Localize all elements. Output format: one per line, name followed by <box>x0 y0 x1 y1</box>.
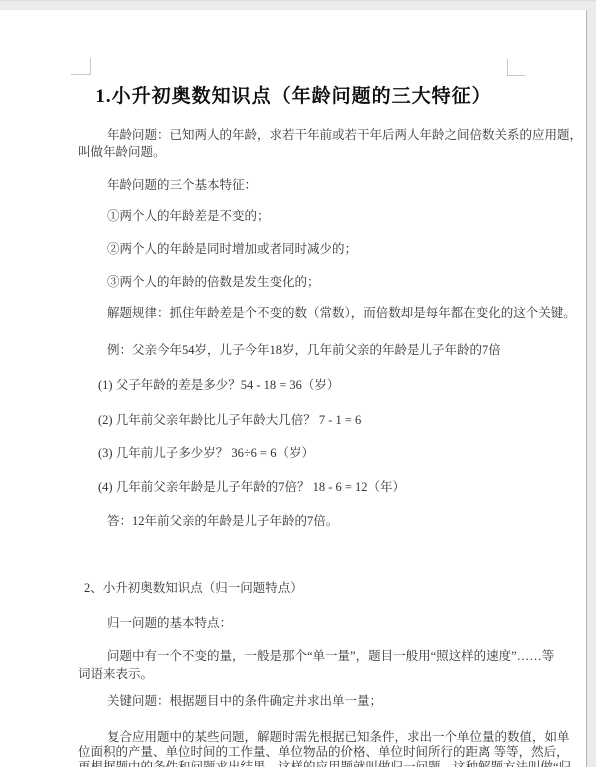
text-boundary-mark-top-left <box>71 58 91 75</box>
paragraph-example: 例：父亲今年54岁，儿子今年18岁，几年前父亲的年龄是儿子年龄的7倍 <box>78 342 578 359</box>
paragraph-solving-rule: 解题规律：抓住年龄差是个不变的数（常数），而倍数却是每年都在变化的这个关键。 <box>78 305 578 322</box>
section-2-heading: 2、小升初奥数知识点（归一问题特点） <box>78 580 578 597</box>
paragraph-compound-problems: 复合应用题中的某些问题，解题时需先根据已知条件，求出一个单位量的数值，如单 位面… <box>78 730 578 767</box>
paragraph-three-features-intro: 年龄问题的三个基本特征： <box>78 177 578 194</box>
paragraph-guiyi-features-intro: 归一问题的基本特点： <box>78 615 578 632</box>
document-viewer-background: 1.小升初奥数知识点（年龄问题的三大特征） 年龄问题：已知两人的年龄，求若干年前… <box>0 0 596 767</box>
paragraph-age-problem-definition: 年龄问题：已知两人的年龄，求若干年前或若干年后两人年龄之间倍数关系的应用题， 叫… <box>78 127 578 161</box>
list-item-feature-2: ②两个人的年龄是同时增加或者同时减少的； <box>78 241 578 258</box>
example-step-1: (1) 父子年龄的差是多少？54 - 18 = 36（岁） <box>78 377 578 394</box>
example-step-3: (3) 几年前儿子多少岁？ 36÷6 = 6（岁） <box>78 445 578 462</box>
paragraph-key-question: 关键问题：根据题目中的条件确定并求出单一量； <box>78 693 578 710</box>
example-step-4: (4) 几年前父亲年龄是儿子年龄的7倍？ 18 - 6 = 12（年） <box>78 479 578 496</box>
paragraph-guiyi-description: 问题中有一个不变的量，一般是那个“单一量”，题目一般用“照这样的速度”……等 词… <box>78 647 578 683</box>
list-item-feature-3: ③两个人的年龄的倍数是发生变化的； <box>78 274 578 291</box>
example-step-2: (2) 几年前父亲年龄比儿子年龄大几倍？ 7 - 1 = 6 <box>78 412 578 429</box>
list-item-feature-1: ①两个人的年龄差是不变的； <box>78 208 578 225</box>
document-page: 1.小升初奥数知识点（年龄问题的三大特征） 年龄问题：已知两人的年龄，求若干年前… <box>0 10 587 767</box>
document-title: 1.小升初奥数知识点（年龄问题的三大特征） <box>0 81 587 108</box>
paragraph-answer: 答：12年前父亲的年龄是儿子年龄的7倍。 <box>78 513 578 530</box>
text-boundary-mark-top-right <box>507 59 525 76</box>
